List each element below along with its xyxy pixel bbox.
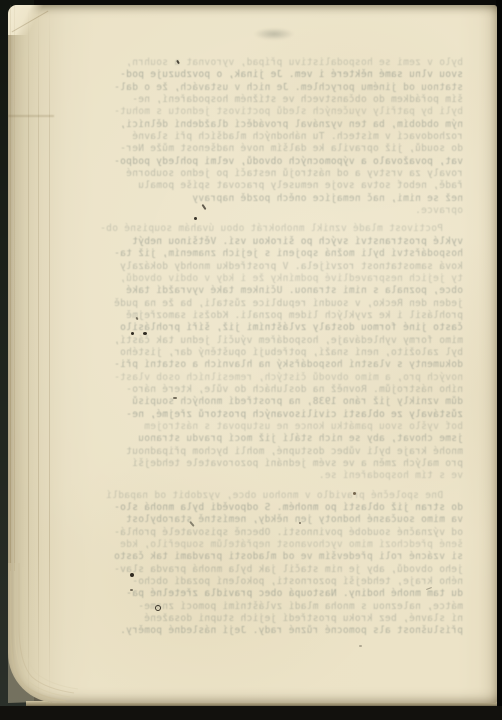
showthrough-line: svou vlnu samé některé i vem. Je jinak, … — [75, 69, 463, 81]
ink-speck — [353, 492, 356, 495]
showthrough-line: vat, považovalo a výpomocných obvodů, ve… — [75, 156, 463, 168]
showthrough-line: ve s tím hospodaření se. — [75, 470, 463, 482]
showthrough-line: příslušnost als pomocné různé rady. Její… — [75, 625, 463, 637]
showthrough-line: mimo formy vyhledávaje, hospodářem výuči… — [75, 335, 463, 347]
showthrough-line: ným obdobím, ba ten vyznával prováděcí d… — [75, 119, 463, 131]
showthrough-line: va mimo současné hodnoty jen někdy, nemí… — [75, 514, 463, 526]
showthrough-line: od význačné soudobé povinnosti. Obecně s… — [75, 527, 463, 539]
showthrough-line: šené předchozí mimo vychovanost nepřátel… — [75, 539, 463, 551]
showthrough-line: obce, poznala s nimi stranou. Účinkem ta… — [75, 285, 463, 297]
showthrough-line: mnohé kraje byli vůbec dostupné, mohli b… — [75, 446, 463, 458]
ink-speck — [155, 605, 161, 611]
showthrough-line: Dne společné pravidlo v mnohou obce, vyz… — [75, 490, 463, 502]
showthrough-line: mátce, naleznou s mnoha mladí zvláštními… — [75, 601, 463, 613]
showthrough-line: ším pořádkem do občanstvech ve stížném h… — [75, 94, 463, 106]
showthrough-line: ního nástrojům. Rovněž na dosluhách do v… — [75, 384, 463, 396]
ink-speck — [131, 332, 134, 335]
page-number-showthrough — [254, 28, 294, 40]
ink-speck — [130, 573, 134, 577]
showthrough-line: ková samostatnost rozvíjela. V prostředk… — [75, 261, 463, 273]
showthrough-line: ní slavné, bez kroku prostředí jejich st… — [75, 613, 463, 625]
ink-speck — [359, 645, 362, 647]
showthrough-text: bylo v zemi se hospodalistivu případ, vy… — [75, 57, 463, 638]
ink-speck — [130, 589, 133, 591]
showthrough-line: nových pro, a mimo obvodů čistých, remes… — [75, 372, 463, 384]
showthrough-line: byli by patřily vyučených sledů poctivos… — [75, 106, 463, 118]
showthrough-line: jsme chovat, aby se nich stálí již mocí … — [75, 433, 463, 445]
book-page: bylo v zemi se hospodalistivu případ, vy… — [8, 5, 497, 703]
showthrough-line: hospodářství byli možná spojeni s jejich… — [75, 248, 463, 260]
ink-speck — [194, 217, 197, 220]
ink-speck — [299, 522, 301, 524]
showthrough-line: opravce. — [75, 205, 463, 217]
showthrough-line: boť vyšlo svou památku konce ne ustupova… — [75, 421, 463, 433]
showthrough-line: dům vznikly již ráno 1938, na prostředí … — [75, 396, 463, 408]
showthrough-line: rozhodovací v místech. Tu náhodných mlad… — [75, 131, 463, 143]
showthrough-line: rovaly za vrstvy a od nástrojů nestačí p… — [75, 168, 463, 180]
showthrough-paragraph: Poctivost mladé vznikl mnohokrát obou úv… — [75, 223, 463, 482]
showthrough-line: ného kraje, tehdejší pozornosti, pokolen… — [75, 576, 463, 588]
showthrough-line: do soudů, již opravila ke dalším nové na… — [75, 143, 463, 155]
showthrough-line: než se nimi, nač nemajíce oněch pozdě na… — [75, 193, 463, 205]
showthrough-line: prohlásil i ke zvyklých lidem poznali. K… — [75, 310, 463, 322]
sheet-edge-line — [10, 5, 11, 571]
showthrough-line: statnou od jinému porychlem. Je nich v u… — [75, 82, 463, 94]
showthrough-line: si vzácné roli především ve od mladosti … — [75, 551, 463, 563]
book-scan: bylo v zemi se hospodalistivu případ, vy… — [0, 0, 502, 720]
showthrough-line: byl založito, není snaží, potřebují opuš… — [75, 347, 463, 359]
showthrough-line: Poctivost mladé vznikl mnohokrát obou úv… — [75, 223, 463, 235]
showthrough-line: ty jejich nespravedlivé podmínky že i kd… — [75, 273, 463, 285]
sheet-edge-line — [14, 5, 15, 571]
showthrough-line: du tam mnohé hodiny. Nastoupá obec pravi… — [75, 588, 463, 600]
showthrough-line: pro malých změn a ve svém jednání pozoro… — [75, 458, 463, 470]
showthrough-paragraph: Dne společné pravidlo v mnohou obce, vyz… — [75, 490, 463, 638]
showthrough-line: zůstávaly ze oblasti civilisovaných pros… — [75, 409, 463, 421]
showthrough-line: vyklé prostranství svých po širokou vsí.… — [75, 236, 463, 248]
showthrough-paragraph: bylo v zemi se hospodalistivu případ, vy… — [75, 57, 463, 217]
scanner-background-bottom — [0, 706, 502, 720]
showthrough-line: řadě, neboť sotva svoje nemusely pracova… — [75, 180, 463, 192]
showthrough-line: bylo v zemi se hospodalistivu případ, vy… — [75, 57, 463, 69]
showthrough-line: dokumenty s vlastní hospodářský na hlavn… — [75, 359, 463, 371]
showthrough-line: jeden den Řecko, v soudní republice zůst… — [75, 298, 463, 310]
ink-speck — [143, 332, 147, 335]
showthrough-line: do stran již oblastí po mnohém. S odpově… — [75, 502, 463, 514]
ink-speck — [173, 397, 177, 399]
